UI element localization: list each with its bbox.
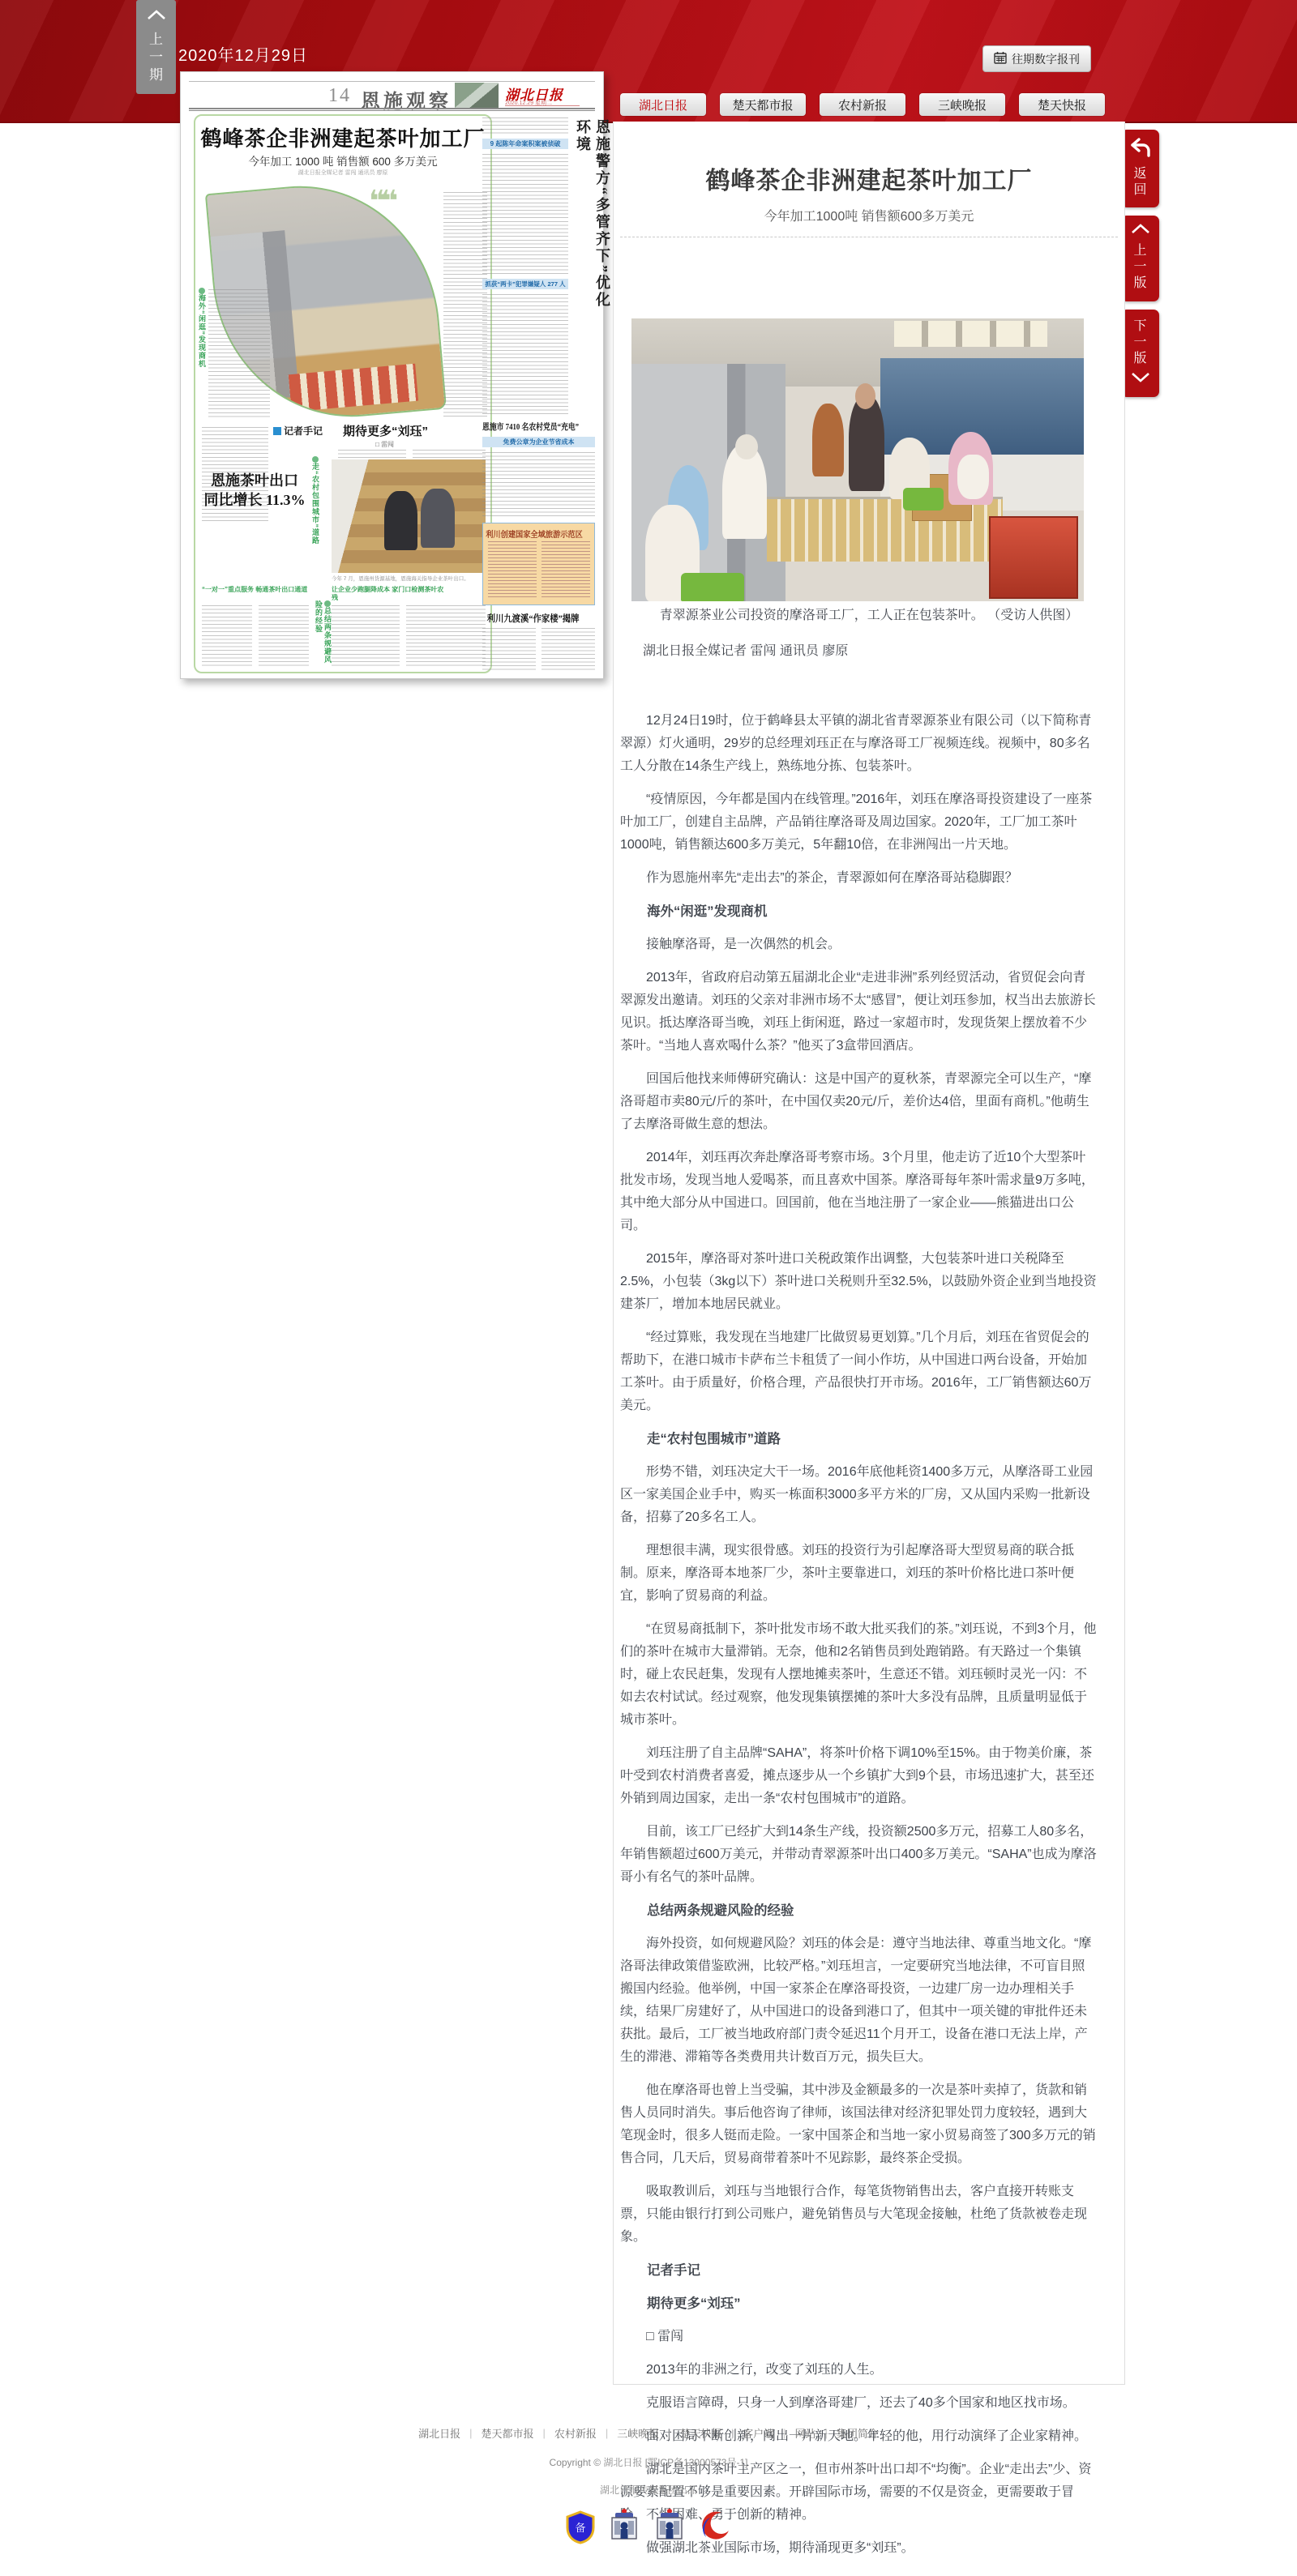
blue-square-icon: [273, 427, 281, 435]
simulated-text: [482, 628, 536, 672]
thumb-top-rule: [189, 81, 595, 82]
return-arrow-icon: [1130, 138, 1151, 161]
simulated-text: [259, 605, 309, 669]
simulated-text: [202, 605, 252, 669]
tab-三峡晚报[interactable]: 三峡晚报: [919, 93, 1005, 116]
article-photo: [631, 318, 1084, 601]
footer-links: 湖北日报|楚天都市报|农村新报|三峡晚报|楚天快报|客户端|网站|集团简介: [0, 2425, 1297, 2441]
article-paragraph: 理想很丰满，现实很骨感。刘珏的投资行为引起摩洛哥大型贸易商的联合抵制。原来，摩洛…: [620, 1540, 1097, 1608]
photo-worker-head: [855, 383, 875, 408]
article-paragraph: 形势不错，刘珏决定大干一场。2016年底他耗资1400多万元，从摩洛哥工业园区一…: [620, 1461, 1097, 1529]
article-paragraph: “疫情原因，今年都是国内在线管理。”2016年，刘珏在摩洛哥投资建设了一座茶叶加…: [620, 788, 1097, 857]
footer-link-separator: |: [542, 2427, 545, 2439]
footer-link-separator: |: [825, 2427, 828, 2439]
photo-skylight: [894, 321, 1048, 346]
past-issues-button[interactable]: 往期数字报刊: [982, 45, 1091, 72]
icp-shield-badge-icon[interactable]: 备: [566, 2510, 595, 2544]
thumb-photo-packages: [289, 364, 418, 412]
tab-湖北日报[interactable]: 湖北日报: [620, 93, 706, 116]
article-paragraph: 克服语言障碍，只身一人到摩洛哥建厂，还去了40多个国家和地区找市场。: [620, 2392, 1097, 2415]
article-title: 鹤峰茶企非洲建起茶叶加工厂: [614, 160, 1124, 196]
thumb-header-photo: [455, 83, 499, 109]
footer-link-separator: |: [783, 2427, 785, 2439]
thumb-notes-headline: 期待更多“刘珏”: [343, 422, 428, 439]
prev-page-char: 一: [1133, 258, 1146, 276]
cyber-police-badge-icon[interactable]: [653, 2507, 686, 2544]
article-paragraph: 作为恩施州率先“走出去”的茶企，青翠源如何在摩洛哥站稳脚跟？: [620, 867, 1097, 890]
svg-text:备: 备: [575, 2522, 585, 2534]
simulated-text: [541, 541, 590, 600]
footer-link-separator: |: [469, 2427, 472, 2439]
dashed-divider: [620, 237, 1118, 237]
previous-issue-button[interactable]: 上 一 期: [136, 0, 176, 94]
simulated-text: [482, 117, 568, 135]
section-heading: 记者手记: [620, 2259, 1097, 2282]
tab-bar: 湖北日报楚天都市报农村新报三峡晚报楚天快报: [620, 93, 1105, 116]
article-paragraph: 12月24日19时，位于鹤峰县太平镇的湖北省青翠源茶业有限公司（以下简称青翠源）…: [620, 710, 1097, 778]
thumb-orange-box-headline: 利川创建国家全域旅游示范区: [483, 528, 585, 540]
footer-link-separator: |: [668, 2427, 670, 2439]
thumb-blue-band-2: 抓获“两卡”犯罪嫌疑人 277 人: [482, 279, 568, 289]
section-heading: 海外“闲逛”发现商机: [620, 900, 1097, 923]
leaf-bullet-icon: [199, 288, 205, 294]
article-paragraph: 2013年，省政府启动第五届湖北企业“走进非洲”系列经贸活动，省贸促会向青翠源发…: [620, 967, 1097, 1057]
thumb-vertical-headline: 恩施警方“多管齐下”优化环境: [573, 119, 612, 322]
article-byline: 湖北日报全媒记者 雷闯 通讯员 廖原: [643, 640, 848, 659]
article-body: 12月24日19时，位于鹤峰县太平镇的湖北省青翠源茶业有限公司（以下简称青翠源）…: [620, 710, 1097, 2570]
next-page-char: 一: [1133, 334, 1146, 352]
article-paragraph: 吸取教训后，刘珏与当地银行合作，每笔货物销售出去，客户直接开转账支票，只能由银行…: [620, 2181, 1097, 2249]
thumb-orange-box: 利川创建国家全域旅游示范区: [482, 523, 595, 605]
footer-link[interactable]: 网站: [795, 2425, 816, 2441]
footer-link-separator: |: [606, 2427, 608, 2439]
thumb-mini-head-1: “一对一”重点服务 畅通茶叶出口通道: [202, 586, 309, 594]
leaf-bullet-icon: [312, 456, 319, 463]
photo-red-boxes: [989, 516, 1078, 599]
back-button[interactable]: 返 回: [1121, 130, 1159, 207]
leaf-bullet-icon: [324, 600, 331, 607]
photo-green-chair: [903, 488, 944, 511]
article-paragraph: “经过算账，我发现在当地建厂比做贸易更划算。”几个月后，刘珏在省贸促会的帮助下，…: [620, 1326, 1097, 1417]
issue-date: 2020年12月29日: [178, 42, 308, 66]
photo-green-chair: [681, 573, 744, 601]
simulated-text: [443, 192, 487, 419]
footer-link[interactable]: 集团简介: [837, 2425, 879, 2441]
newspaper-page-thumbnail[interactable]: 14 恩施观察 湖北日报 2020.12.29 星期二 鹤峰茶企非洲建起茶叶加工…: [180, 71, 604, 679]
thumb-headline: 鹤峰茶企非洲建起茶叶加工厂: [195, 122, 490, 152]
article-paragraph: □ 雷闯: [620, 2326, 1097, 2348]
thumb-section-label-1: 海外“闲逛”发现商机: [197, 288, 206, 377]
article-paragraph: “在贸易商抵制下，茶叶批发市场不敢大批买我们的茶。”刘珏说，不到3个月，他们的茶…: [620, 1618, 1097, 1732]
thumb-main-article-box: 鹤峰茶企非洲建起茶叶加工厂 今年加工 1000 吨 销售额 600 多万美元 湖…: [194, 114, 492, 673]
article-paragraph: 2014年，刘珏再次奔赴摩洛哥考察市场。3个月里，他走访了近10个大型茶叶批发市…: [620, 1147, 1097, 1237]
thumb-photo-figure: [421, 489, 455, 548]
next-page-char: 下: [1133, 318, 1146, 335]
article-paragraph: 回国后他找来师傅研究确认：这是中国产的夏秋茶，青翠源完全可以生产，“摩洛哥超市卖…: [620, 1068, 1097, 1136]
thumb-section-label-2: 走“农村包围城市”道路: [310, 456, 319, 578]
thumb-left-headline: 恩施茶叶出口 同比增长 11.3%: [200, 471, 309, 510]
article-paragraph: 2015年，摩洛哥对茶叶进口关税政策作出调整，大包装茶叶进口关税降至2.5%，小…: [620, 1248, 1097, 1316]
thumb-photo-figure: [384, 491, 418, 550]
article-paragraph: 他在摩洛哥也曾上当受骗，其中涉及金额最多的一次是茶叶卖掉了，货款和销售人员同时消…: [620, 2079, 1097, 2170]
section-heading: 总结两条规避风险的经验: [620, 1899, 1097, 1922]
prev-page-char: 上: [1133, 242, 1146, 260]
tab-楚天都市报[interactable]: 楚天都市报: [720, 93, 806, 116]
tab-农村新报[interactable]: 农村新报: [820, 93, 905, 116]
footer-badges: 备: [0, 2507, 1297, 2544]
next-page-button[interactable]: 下 一 版: [1121, 310, 1159, 397]
footer-link[interactable]: 楚天快报: [680, 2425, 722, 2441]
article-paragraph: 2013年的非洲之行，改变了刘珏的人生。: [620, 2359, 1097, 2382]
thumb-mini-head-2: 让企业少跑腿降成本 家门口检测茶叶农残: [332, 586, 445, 602]
footer-link[interactable]: 楚天都市报: [481, 2425, 533, 2441]
article-paragraph: 刘珏注册了自主品牌“SAHA”，将茶叶价格下调10%至15%。由于物美价廉，茶叶…: [620, 1742, 1097, 1810]
calendar-icon: [994, 51, 1007, 66]
simulated-text: [482, 452, 595, 519]
simulated-text: [208, 289, 270, 417]
footer-link[interactable]: 三峡晚报: [617, 2425, 659, 2441]
thumb-subhead: 今年加工 1000 吨 销售额 600 多万美元: [195, 152, 490, 169]
article-panel: 鹤峰茶企非洲建起茶叶加工厂 今年加工1000吨 销售额600多万美元 青翠源茶业…: [613, 122, 1125, 2385]
footer-link[interactable]: 湖北日报: [418, 2425, 460, 2441]
thumb-right-column: 9 起陈年命案积案被侦破 抓获“两卡”犯罪嫌疑人 277 人 恩施警方“多管齐下…: [482, 117, 595, 673]
footer-copyright: Copyright © 湖北日报 [鄂ICP备13000573号-1]: [0, 2455, 1297, 2469]
previous-page-button[interactable]: 上 一 版: [1121, 216, 1159, 301]
thumb-right-headline-2: 利川九渡溪“作家楼”揭牌: [482, 612, 584, 625]
section-heading: 走“农村包围城市”道路: [620, 1428, 1097, 1450]
article-paragraph: 海外投资，如何规避风险？刘珏的体会是：遵守当地法律、尊重当地文化。“摩洛哥法律政…: [620, 1933, 1097, 2069]
thumb-notes-label: 记者手记: [273, 424, 323, 438]
thumb-page-number: 14: [328, 85, 351, 107]
thumb-notes-byline: □ 雷闯: [375, 440, 394, 449]
footer-link[interactable]: 农村新报: [554, 2425, 597, 2441]
next-page-char: 版: [1133, 350, 1146, 368]
footer-link[interactable]: 客户端: [743, 2425, 774, 2441]
footer-link-separator: |: [731, 2427, 734, 2439]
photo-caption: 青翠源茶业公司投资的摩洛哥工厂，工人正在包装茶叶。 （受访人供图）: [614, 604, 1124, 623]
simulated-text: [482, 294, 568, 414]
thumb-blue-band-1: 9 起陈年命案积案被侦破: [482, 139, 568, 149]
media-group-badge-icon[interactable]: [699, 2510, 731, 2544]
article-paragraph: 接触摩洛哥，是一次偶然的机会。: [620, 933, 1097, 956]
photo-worker: [812, 404, 844, 477]
quote-mark-icon: ❝❝: [369, 184, 393, 218]
cyber-police-badge-icon[interactable]: [608, 2507, 640, 2544]
simulated-text: [332, 605, 400, 669]
tab-楚天快报[interactable]: 楚天快报: [1019, 93, 1105, 116]
back-char: 回: [1133, 182, 1146, 199]
thumb-right-headline-1: 恩施市 7410 名农村党员“充电”: [482, 421, 579, 433]
thumb-section-label-3: 总结两条规避风险的经验: [314, 600, 332, 670]
thumb-blue-band-3: 免费公章为企业节省成本: [482, 437, 595, 447]
photo-worker: [957, 455, 989, 500]
prev-issue-char: 期: [149, 66, 163, 84]
simulated-text: [488, 541, 537, 600]
prev-issue-char: 一: [149, 48, 163, 66]
footer-produced-by: 湖北日报传媒集团出品: [0, 2483, 1297, 2497]
article-paragraph: 目前，该工厂已经扩大到14条生产线，投资额2500多万元，招募工人80多名，年销…: [620, 1821, 1097, 1889]
chevron-up-icon: [147, 10, 166, 24]
article-subtitle: 今年加工1000吨 销售额600多万美元: [614, 206, 1124, 224]
prev-page-char: 版: [1133, 275, 1146, 293]
chevron-down-icon: [1131, 372, 1150, 387]
past-issues-label: 往期数字报刊: [1012, 51, 1080, 67]
simulated-text: [406, 605, 486, 669]
simulated-text: [541, 628, 595, 672]
section-heading: 期待更多“刘珏”: [620, 2292, 1097, 2315]
prev-issue-char: 上: [149, 30, 163, 49]
thumb-photo-caption: 今年 7 月，恩施州货源基地，恩施海关指导企业茶叶出口。: [332, 575, 486, 582]
photo-worker: [849, 395, 885, 491]
thumb-double-rule: [189, 108, 595, 111]
chevron-up-icon: [1131, 224, 1150, 238]
simulated-text: [482, 154, 568, 276]
back-char: 返: [1133, 165, 1146, 183]
thumb-byline: 湖北日报全媒记者 雷闯 通讯员 廖原: [195, 169, 490, 177]
thumb-boxes-photo: [332, 459, 486, 573]
